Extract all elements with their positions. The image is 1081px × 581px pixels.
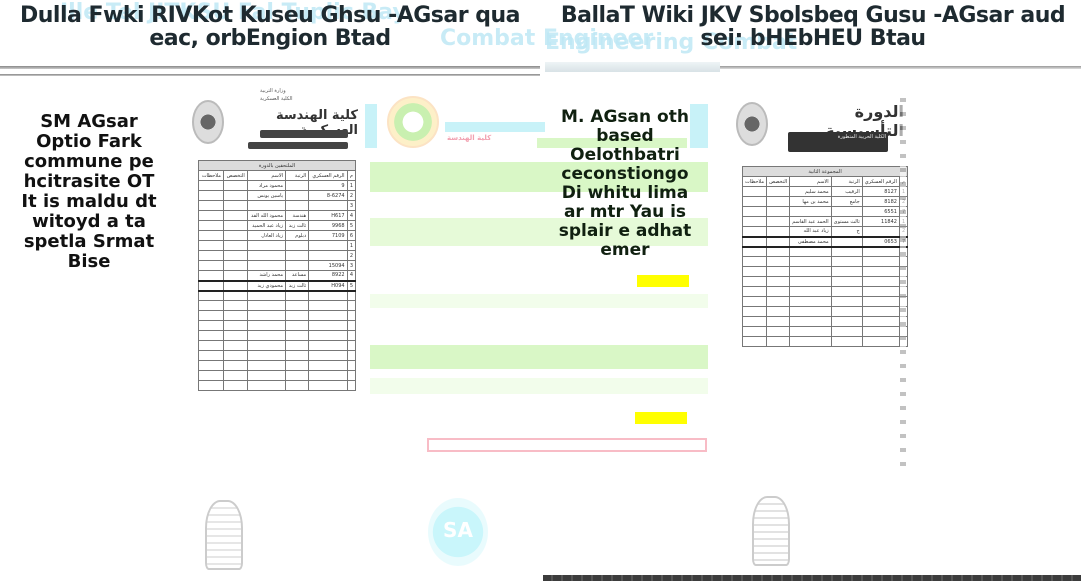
- table-row: [199, 361, 356, 371]
- side-caption: SM AGsar Optio Fark commune pe hcitrasit…: [14, 112, 164, 272]
- table-cell: [831, 307, 862, 317]
- table-cell: [247, 251, 285, 261]
- college-logo-icon: [387, 96, 439, 148]
- table-cell: 5: [347, 281, 355, 291]
- table-cell: [347, 311, 355, 321]
- header-divider: [0, 66, 540, 69]
- table-cell: 9: [309, 181, 347, 191]
- table-cell: [862, 317, 899, 327]
- table-cell: [247, 321, 285, 331]
- table-cell: [286, 361, 309, 371]
- seal-icon: [752, 496, 790, 566]
- table-cell: [767, 317, 790, 327]
- table-cell: [223, 341, 247, 351]
- table-cell: [247, 361, 285, 371]
- table-cell: ثالث مستوى: [831, 217, 862, 227]
- section-band: المجموعة الثانية: [743, 167, 908, 177]
- table-cell: [767, 307, 790, 317]
- document-page-left: وزارة التربية الكلية العسكرية كلية الهند…: [188, 88, 358, 478]
- table-cell: [247, 341, 285, 351]
- table-cell: [743, 247, 767, 257]
- table-cell: جامع: [831, 197, 862, 207]
- column-header: الرتبة: [831, 177, 862, 187]
- table-cell: [247, 241, 285, 251]
- table-cell: محمد راشد: [247, 271, 285, 281]
- table-cell: دبلوم: [286, 231, 309, 241]
- table-cell: [223, 351, 247, 361]
- column-header: الاسم: [247, 171, 285, 181]
- table-cell: 1: [347, 241, 355, 251]
- document-page-right: الدورة التأسيسية الكلية الحربية المتطورة…: [728, 88, 904, 478]
- table-cell: [862, 267, 899, 277]
- table-cell: [223, 321, 247, 331]
- table-cell: 3: [347, 201, 355, 211]
- table-cell: [743, 227, 767, 237]
- table-cell: [743, 337, 767, 347]
- table-cell: [199, 361, 224, 371]
- input-box: [427, 438, 707, 452]
- table-cell: محمد سليم: [790, 187, 831, 197]
- table-cell: [309, 351, 347, 361]
- table-cell: 9968: [309, 221, 347, 231]
- table-row: [743, 317, 908, 327]
- table-cell: ياسين يونس: [247, 191, 285, 201]
- logo-caption: كلية الهندسة: [447, 134, 491, 142]
- table-row: 3: [199, 201, 356, 211]
- table-row: [199, 341, 356, 351]
- table-cell: محمود الله الفد: [247, 211, 285, 221]
- table-cell: [286, 291, 309, 301]
- table-cell: [790, 247, 831, 257]
- table-row: 48922مساعدمحمد راشد: [199, 271, 356, 281]
- decor-band: [370, 345, 708, 369]
- table-row: [743, 297, 908, 307]
- table-cell: [309, 311, 347, 321]
- roster-table: المجموعة الثانية م الرقم العسكري الرتبة …: [742, 166, 908, 347]
- table-cell: [743, 287, 767, 297]
- table-cell: زياد عبد الله: [790, 227, 831, 237]
- table-row: 5H094ثالث زبدمحمودي زيد: [199, 281, 356, 291]
- table-cell: ج: [831, 227, 862, 237]
- table-cell: [199, 301, 224, 311]
- table-row: [743, 287, 908, 297]
- table-cell: [199, 181, 224, 191]
- table-cell: [347, 381, 355, 391]
- table-row: 315094: [199, 261, 356, 271]
- bottom-bar: [543, 575, 1081, 581]
- table-cell: [309, 321, 347, 331]
- table-cell: 8182: [862, 197, 899, 207]
- table-cell: [199, 221, 224, 231]
- table-cell: [223, 211, 247, 221]
- table-cell: [862, 297, 899, 307]
- table-cell: [831, 207, 862, 217]
- table-row: [199, 351, 356, 361]
- page-edge: [900, 88, 906, 468]
- table-row: 67109دبلومزياد العادل: [199, 231, 356, 241]
- table-cell: [743, 297, 767, 307]
- table-cell: [767, 267, 790, 277]
- table-cell: [223, 191, 247, 201]
- table-cell: [223, 371, 247, 381]
- table-cell: [862, 307, 899, 317]
- table-cell: [767, 297, 790, 307]
- table-cell: [286, 371, 309, 381]
- table-cell: [862, 227, 899, 237]
- table-cell: [767, 227, 790, 237]
- table-cell: محمود مراد: [247, 181, 285, 191]
- table-cell: [286, 261, 309, 271]
- table-cell: [862, 327, 899, 337]
- table-cell: 8922: [309, 271, 347, 281]
- table-cell: 8-6274: [309, 191, 347, 201]
- table-row: 59968ثالث زبدزياد عبد الحميد: [199, 221, 356, 231]
- table-cell: [743, 327, 767, 337]
- table-cell: [199, 241, 224, 251]
- table-cell: [223, 381, 247, 391]
- table-row: 76551: [743, 207, 908, 217]
- table-cell: [862, 257, 899, 267]
- table-cell: [286, 201, 309, 211]
- table-cell: [831, 327, 862, 337]
- column-header: الاسم: [790, 177, 831, 187]
- table-cell: [309, 331, 347, 341]
- table-row: [199, 381, 356, 391]
- table-cell: [743, 237, 767, 247]
- page-title-right: BallaT Wiki JKV Sbolsbeq Gusu -AGsar aud…: [545, 4, 1081, 50]
- table-cell: [347, 351, 355, 361]
- table-row: 19محمود مراد: [199, 181, 356, 191]
- table-cell: [767, 247, 790, 257]
- table-cell: [247, 381, 285, 391]
- table-cell: [790, 287, 831, 297]
- table-cell: 2: [347, 251, 355, 261]
- table-cell: [347, 321, 355, 331]
- table-cell: [743, 217, 767, 227]
- table-cell: [199, 331, 224, 341]
- table-cell: [223, 241, 247, 251]
- table-cell: [309, 371, 347, 381]
- table-cell: [247, 261, 285, 271]
- table-cell: [831, 257, 862, 267]
- table-cell: 15094: [309, 261, 347, 271]
- column-header: التخصص: [767, 177, 790, 187]
- column-header: الرقم العسكري: [862, 177, 899, 187]
- table-cell: [286, 191, 309, 201]
- table-cell: [831, 247, 862, 257]
- table-cell: 7109: [309, 231, 347, 241]
- column-header: الرقم العسكري: [309, 171, 347, 181]
- table-cell: [309, 381, 347, 391]
- table-cell: [286, 301, 309, 311]
- table-cell: 2: [347, 191, 355, 201]
- table-cell: [199, 251, 224, 261]
- table-cell: [286, 241, 309, 251]
- decor-bar: [445, 122, 545, 132]
- emblem-icon: [736, 102, 768, 146]
- column-header: م: [347, 171, 355, 181]
- table-cell: [286, 351, 309, 361]
- header-divider: [545, 62, 720, 72]
- table-cell: [831, 237, 862, 247]
- table-cell: [347, 331, 355, 341]
- table-cell: [223, 331, 247, 341]
- table-cell: [286, 341, 309, 351]
- table-row: 2جزياد عبد الله: [743, 227, 908, 237]
- table-cell: [790, 297, 831, 307]
- table-cell: [223, 181, 247, 191]
- table-cell: 6551: [862, 207, 899, 217]
- table-cell: 3: [347, 261, 355, 271]
- table-cell: [862, 247, 899, 257]
- table-cell: [286, 181, 309, 191]
- table-cell: [286, 331, 309, 341]
- table-row: [199, 371, 356, 381]
- template-page: كلية الهندسة M. AGsan oth based Oelothba…: [365, 90, 710, 460]
- seal-text: SA: [428, 518, 488, 542]
- table-cell: [743, 277, 767, 287]
- table-row: 28-6274ياسين يونس: [199, 191, 356, 201]
- table-cell: [286, 381, 309, 391]
- table-cell: [199, 271, 224, 281]
- table-cell: [862, 287, 899, 297]
- table-cell: [862, 337, 899, 347]
- header-divider: [720, 66, 1081, 69]
- table-row: [199, 321, 356, 331]
- table-cell: 6: [347, 231, 355, 241]
- table-row: 18127الرقيبمحمد سليم: [743, 187, 908, 197]
- table-row: [743, 327, 908, 337]
- table-cell: [223, 261, 247, 271]
- table-row: [199, 331, 356, 341]
- doc-banner: [260, 130, 348, 138]
- table-cell: [790, 317, 831, 327]
- table-cell: [199, 321, 224, 331]
- table-row: [199, 301, 356, 311]
- table-cell: 1: [347, 181, 355, 191]
- decor-band: [370, 294, 708, 308]
- table-row: 70653محمد مصطفى: [743, 237, 908, 247]
- table-cell: [743, 197, 767, 207]
- table-cell: [223, 301, 247, 311]
- table-cell: [767, 237, 790, 247]
- table-cell: [831, 267, 862, 277]
- table-cell: [309, 241, 347, 251]
- table-cell: [247, 291, 285, 301]
- table-cell: [767, 207, 790, 217]
- table-row: 28182جامعمحمد بن مها: [743, 197, 908, 207]
- table-cell: [199, 351, 224, 361]
- table-row: [743, 247, 908, 257]
- table-cell: [199, 261, 224, 271]
- table-cell: H617: [309, 211, 347, 221]
- table-cell: [309, 341, 347, 351]
- section-band: الملتحقين بالدورة: [199, 161, 356, 171]
- overlay-text: M. AGsan oth based Oelothbatri ceconstio…: [555, 108, 695, 260]
- doc-header-line: وزارة التربية: [260, 88, 286, 94]
- table-cell: [223, 201, 247, 211]
- table-cell: [767, 327, 790, 337]
- seal-icon: [205, 500, 243, 570]
- column-header: الرتبة: [286, 171, 309, 181]
- table-cell: 8127: [862, 187, 899, 197]
- table-cell: ثالث زبد: [286, 281, 309, 291]
- table-cell: 11842: [862, 217, 899, 227]
- table-cell: الرقيب: [831, 187, 862, 197]
- table-cell: [767, 337, 790, 347]
- table-cell: [223, 231, 247, 241]
- table-cell: [247, 311, 285, 321]
- highlight-marker: [635, 412, 687, 424]
- table-cell: [199, 281, 224, 291]
- table-cell: [743, 317, 767, 327]
- decor-bar: [365, 104, 377, 148]
- header-divider: [0, 74, 540, 76]
- table-cell: [790, 257, 831, 267]
- table-cell: [743, 207, 767, 217]
- table-cell: [247, 301, 285, 311]
- page-title-left: Dulla Fwki RIVKot Kuseu Ghsu -AGsar qua …: [0, 4, 540, 50]
- table-cell: [743, 307, 767, 317]
- table-cell: [831, 317, 862, 327]
- table-cell: [790, 337, 831, 347]
- table-cell: [286, 251, 309, 261]
- table-cell: الحمد عبد القاسم: [790, 217, 831, 227]
- table-cell: [347, 291, 355, 301]
- table-cell: [831, 337, 862, 347]
- table-cell: [347, 371, 355, 381]
- table-cell: [199, 211, 224, 221]
- table-cell: [767, 287, 790, 297]
- table-row: 4H617هندسةمحمود الله الفد: [199, 211, 356, 221]
- table-cell: [199, 311, 224, 321]
- table-row: [743, 257, 908, 267]
- table-cell: [790, 327, 831, 337]
- table-cell: [743, 187, 767, 197]
- table-cell: [767, 197, 790, 207]
- table-row: [743, 337, 908, 347]
- table-cell: محمودي زيد: [247, 281, 285, 291]
- table-cell: [347, 361, 355, 371]
- table-cell: [223, 361, 247, 371]
- table-cell: [309, 201, 347, 211]
- table-cell: 5: [347, 221, 355, 231]
- table-cell: [309, 251, 347, 261]
- table-cell: [347, 301, 355, 311]
- table-cell: [831, 297, 862, 307]
- table-cell: [199, 381, 224, 391]
- table-cell: مساعد: [286, 271, 309, 281]
- table-cell: [223, 271, 247, 281]
- table-cell: [223, 291, 247, 301]
- table-cell: [767, 257, 790, 267]
- table-row: [199, 311, 356, 321]
- table-cell: [767, 187, 790, 197]
- table-row: [199, 291, 356, 301]
- table-cell: [309, 301, 347, 311]
- table-cell: [309, 291, 347, 301]
- table-cell: 4: [347, 271, 355, 281]
- table-cell: [199, 231, 224, 241]
- table-cell: [862, 277, 899, 287]
- table-cell: محمد مصطفى: [790, 237, 831, 247]
- table-cell: [767, 217, 790, 227]
- doc-banner: الكلية الحربية المتطورة: [788, 132, 888, 152]
- decor-band: [370, 378, 708, 394]
- table-cell: [743, 257, 767, 267]
- table-cell: [199, 201, 224, 211]
- table-cell: محمد بن مها: [790, 197, 831, 207]
- table-cell: هندسة: [286, 211, 309, 221]
- table-cell: [286, 311, 309, 321]
- highlight-marker: [637, 275, 689, 287]
- emblem-icon: [192, 100, 224, 144]
- table-row: [743, 277, 908, 287]
- table-cell: [199, 371, 224, 381]
- table-row: 111842ثالث مستوىالحمد عبد القاسم: [743, 217, 908, 227]
- table-row: 1: [199, 241, 356, 251]
- table-cell: [247, 371, 285, 381]
- table-cell: H094: [309, 281, 347, 291]
- column-header: التخصص: [223, 171, 247, 181]
- table-cell: [309, 361, 347, 371]
- table-cell: [199, 191, 224, 201]
- table-cell: ثالث زبد: [286, 221, 309, 231]
- table-cell: زياد العادل: [247, 231, 285, 241]
- table-cell: [790, 267, 831, 277]
- table-cell: [286, 321, 309, 331]
- table-cell: 0653: [862, 237, 899, 247]
- table-cell: [199, 341, 224, 351]
- column-header: ملاحظات: [199, 171, 224, 181]
- table-cell: [743, 267, 767, 277]
- roster-table: الملتحقين بالدورة م الرقم العسكري الرتبة…: [198, 160, 356, 391]
- table-cell: زياد عبد الحميد: [247, 221, 285, 231]
- table-cell: [247, 201, 285, 211]
- table-cell: [223, 311, 247, 321]
- table-cell: [767, 277, 790, 287]
- table-row: [743, 267, 908, 277]
- table-cell: [790, 307, 831, 317]
- table-cell: [223, 281, 247, 291]
- table-cell: [223, 251, 247, 261]
- table-cell: [223, 221, 247, 231]
- doc-header-line: الكلية العسكرية: [260, 96, 293, 102]
- table-cell: [831, 277, 862, 287]
- table-cell: [790, 207, 831, 217]
- table-cell: [347, 341, 355, 351]
- doc-banner: [248, 142, 348, 149]
- table-cell: [831, 287, 862, 297]
- table-cell: 4: [347, 211, 355, 221]
- column-header: ملاحظات: [743, 177, 767, 187]
- table-cell: [790, 277, 831, 287]
- table-cell: [247, 331, 285, 341]
- table-row: [743, 307, 908, 317]
- table-cell: [199, 291, 224, 301]
- table-cell: [247, 351, 285, 361]
- table-row: 2: [199, 251, 356, 261]
- seal-icon: SA: [428, 498, 488, 566]
